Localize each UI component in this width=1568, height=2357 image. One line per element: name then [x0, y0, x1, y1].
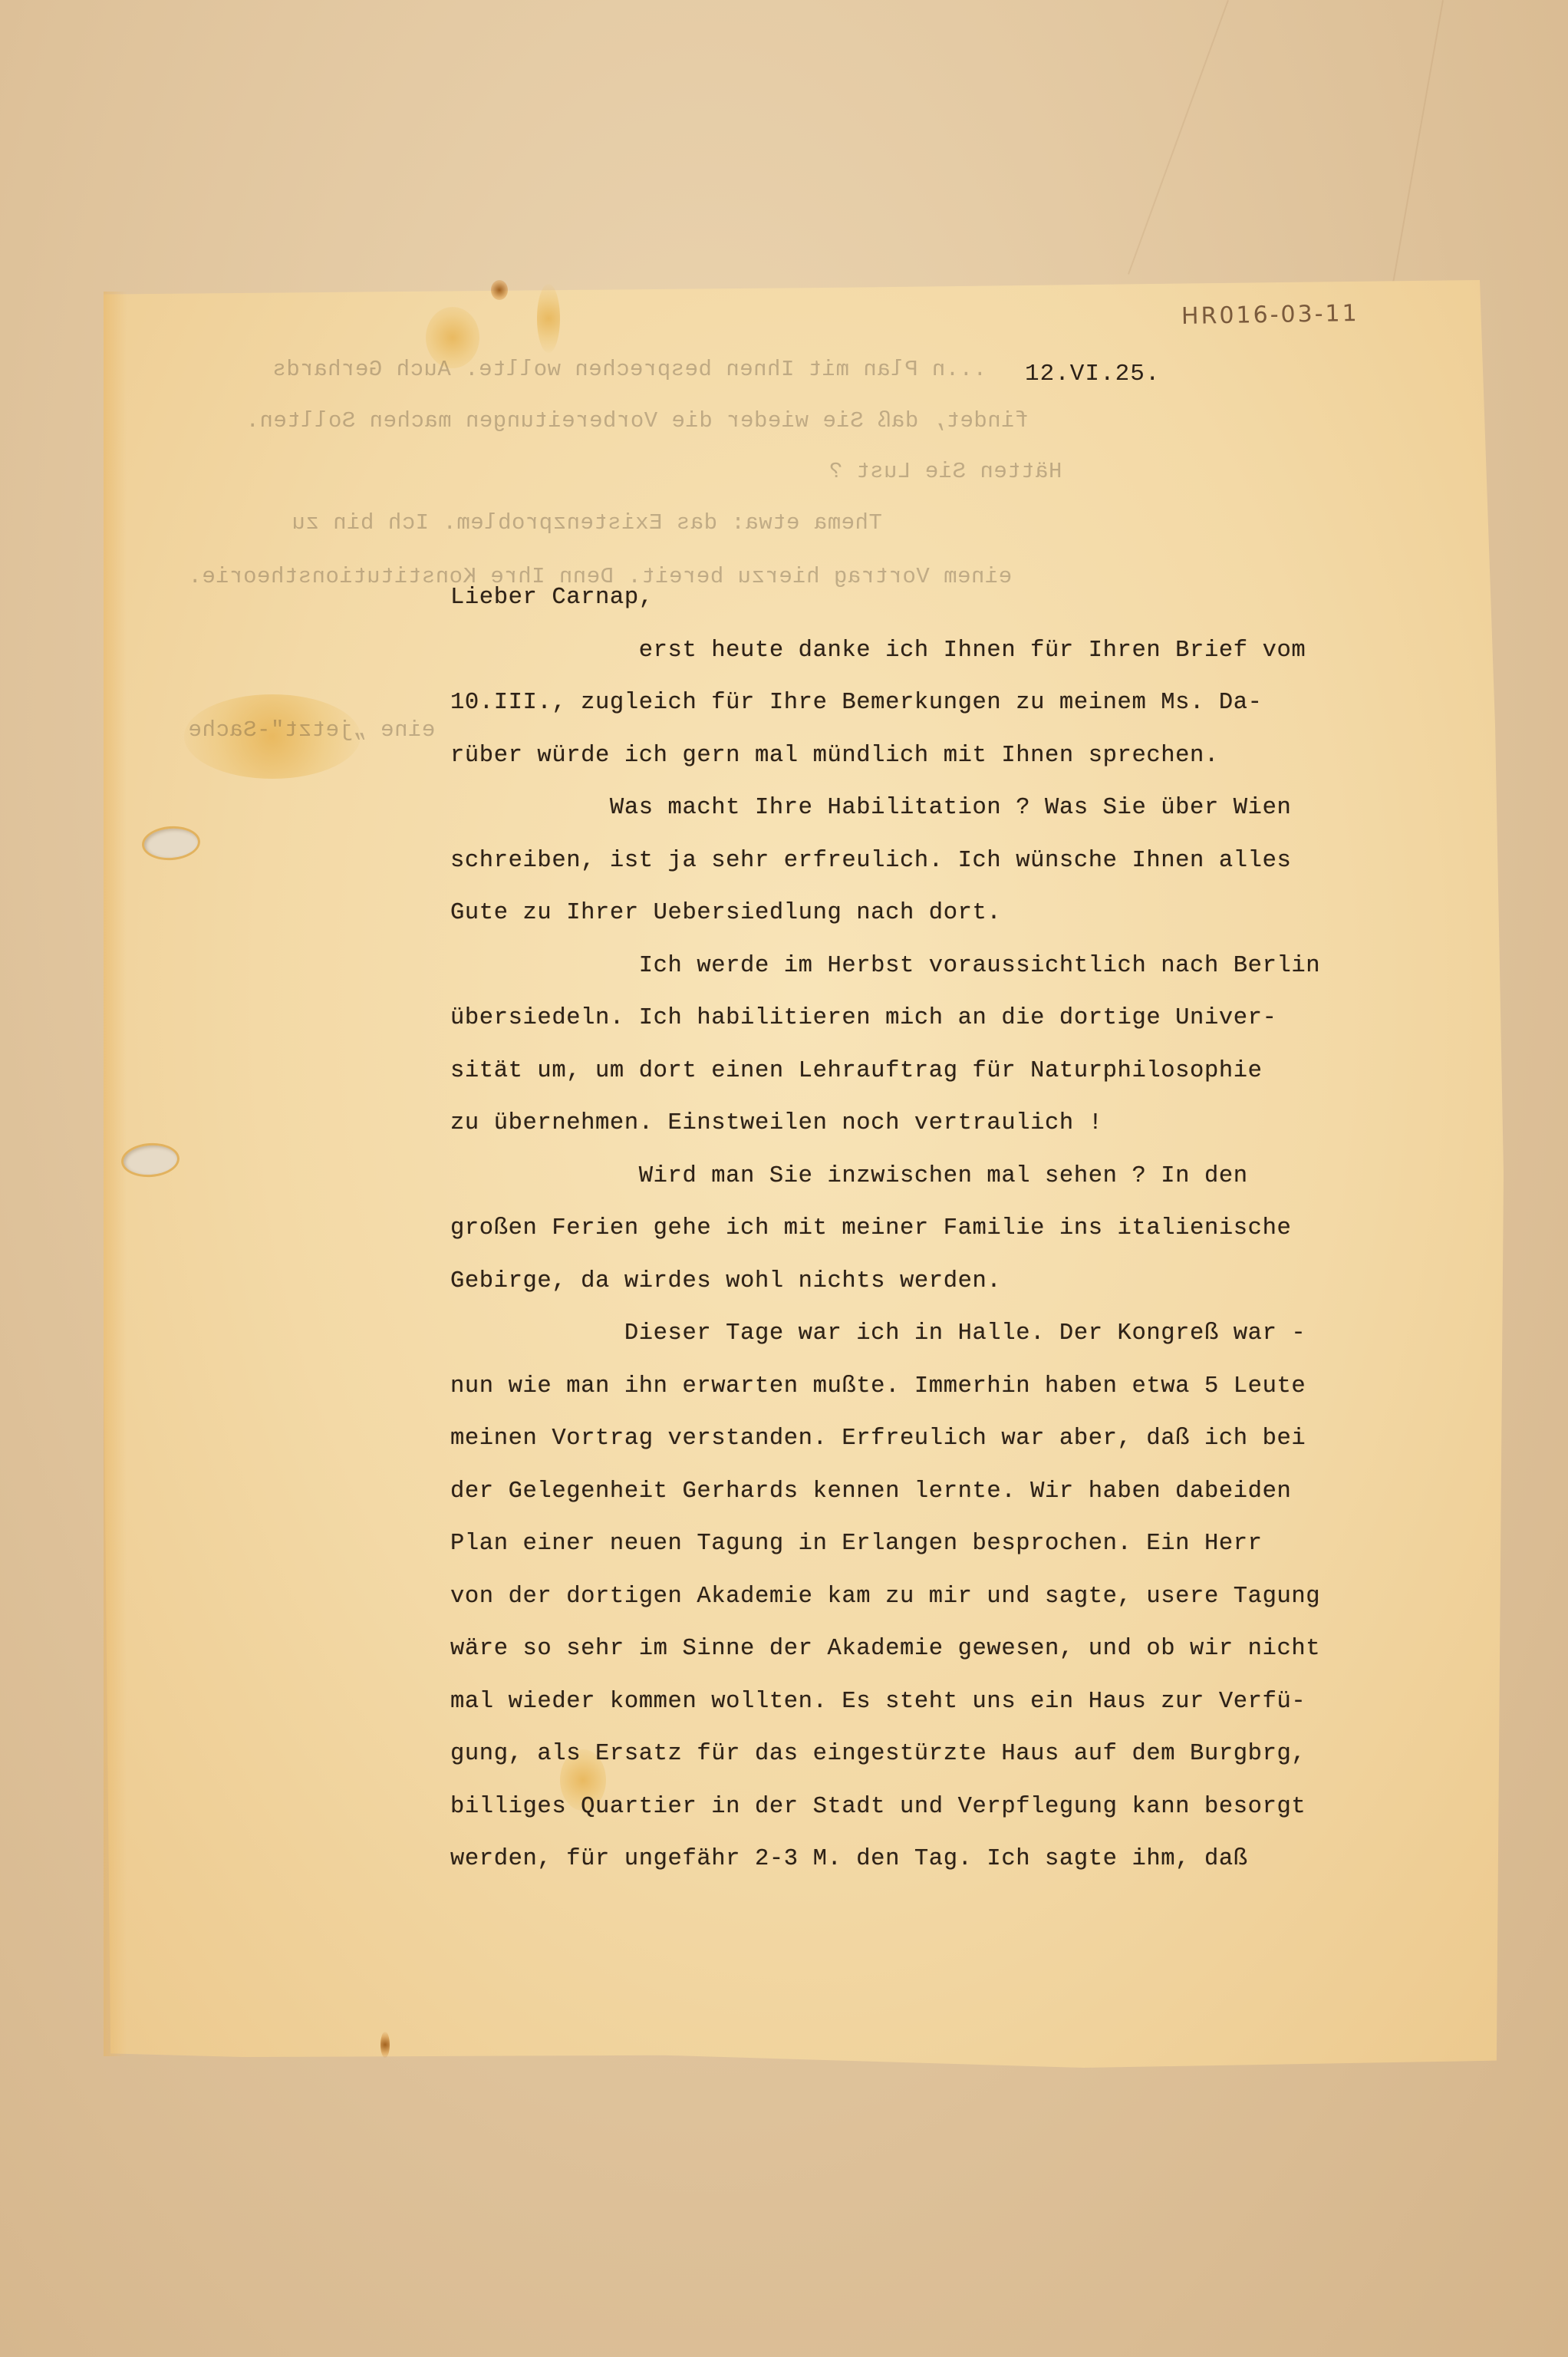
- letter-line: der Gelegenheit Gerhards kennen lernte. …: [450, 1465, 1440, 1518]
- show-through-text: ...n Plan mit Ihnen besprechen wollte. A…: [272, 357, 987, 382]
- salutation: Lieber Carnap,: [450, 572, 1440, 625]
- letter-line: von der dortigen Akademie kam zu mir und…: [450, 1571, 1440, 1624]
- letter-line: sität um, um dort einen Lehrauftrag für …: [450, 1045, 1440, 1098]
- letter-line: zu übernehmen. Einstweilen noch vertraul…: [450, 1097, 1440, 1150]
- letter-line: wäre so sehr im Sinne der Akademie gewes…: [450, 1623, 1440, 1676]
- letter-line: mal wieder kommen wollten. Es steht uns …: [450, 1676, 1440, 1729]
- letter-line: Wird man Sie inzwischen mal sehen ? In d…: [450, 1150, 1440, 1203]
- letter-line: meinen Vortrag verstanden. Erfreulich wa…: [450, 1413, 1440, 1465]
- foxing-stain: [380, 2032, 390, 2058]
- letter-line: nun wie man ihn erwarten mußte. Immerhin…: [450, 1360, 1440, 1413]
- foxing-stain: [537, 284, 560, 353]
- letter-line: werden, für ungefähr 2-3 M. den Tag. Ich…: [450, 1833, 1440, 1886]
- letter-line: rüber würde ich gern mal mündlich mit Ih…: [450, 730, 1440, 783]
- letter-body: Lieber Carnap, erst heute danke ich Ihne…: [450, 572, 1440, 1886]
- paper-edge-fold: [104, 292, 127, 2056]
- archive-reference: HR016-03-11: [1181, 300, 1359, 330]
- letter-line: großen Ferien gehe ich mit meiner Famili…: [450, 1202, 1440, 1255]
- letter-line: gung, als Ersatz für das eingestürzte Ha…: [450, 1728, 1440, 1781]
- show-through-text: eine „jetzt"-Sache: [188, 717, 435, 743]
- show-through-text: findet, daß Sie wieder die Vorbereitunge…: [245, 408, 1028, 433]
- letter-line: Gebirge, da wirdes wohl nichts werden.: [450, 1255, 1440, 1308]
- letter-line: übersiedeln. Ich habilitieren mich an di…: [450, 992, 1440, 1045]
- letter-line: Gute zu Ihrer Uebersiedlung nach dort.: [450, 887, 1440, 940]
- letter-line: Dieser Tage war ich in Halle. Der Kongre…: [450, 1307, 1440, 1360]
- letter-line: Plan einer neuen Tagung in Erlangen besp…: [450, 1518, 1440, 1571]
- backdrop-texture: [1128, 0, 1229, 275]
- show-through-text: Thema etwa: das Existenzproblem. Ich bin…: [292, 510, 882, 536]
- show-through-text: Hätten Sie Lust ?: [828, 459, 1062, 484]
- body-lines: erst heute danke ich Ihnen für Ihren Bri…: [450, 625, 1440, 1886]
- foxing-stain: [491, 280, 508, 300]
- backdrop-texture: [1392, 0, 1444, 288]
- letter-line: billiges Quartier in der Stadt und Verpf…: [450, 1781, 1440, 1834]
- letter-date: 12.VI.25.: [1025, 361, 1160, 387]
- letter-line: erst heute danke ich Ihnen für Ihren Bri…: [450, 625, 1440, 677]
- letter-line: Ich werde im Herbst voraussichtlich nach…: [450, 940, 1440, 993]
- letter-line: Was macht Ihre Habilitation ? Was Sie üb…: [450, 782, 1440, 835]
- letter-line: schreiben, ist ja sehr erfreulich. Ich w…: [450, 835, 1440, 888]
- letter-line: 10.III., zugleich für Ihre Bemerkungen z…: [450, 677, 1440, 730]
